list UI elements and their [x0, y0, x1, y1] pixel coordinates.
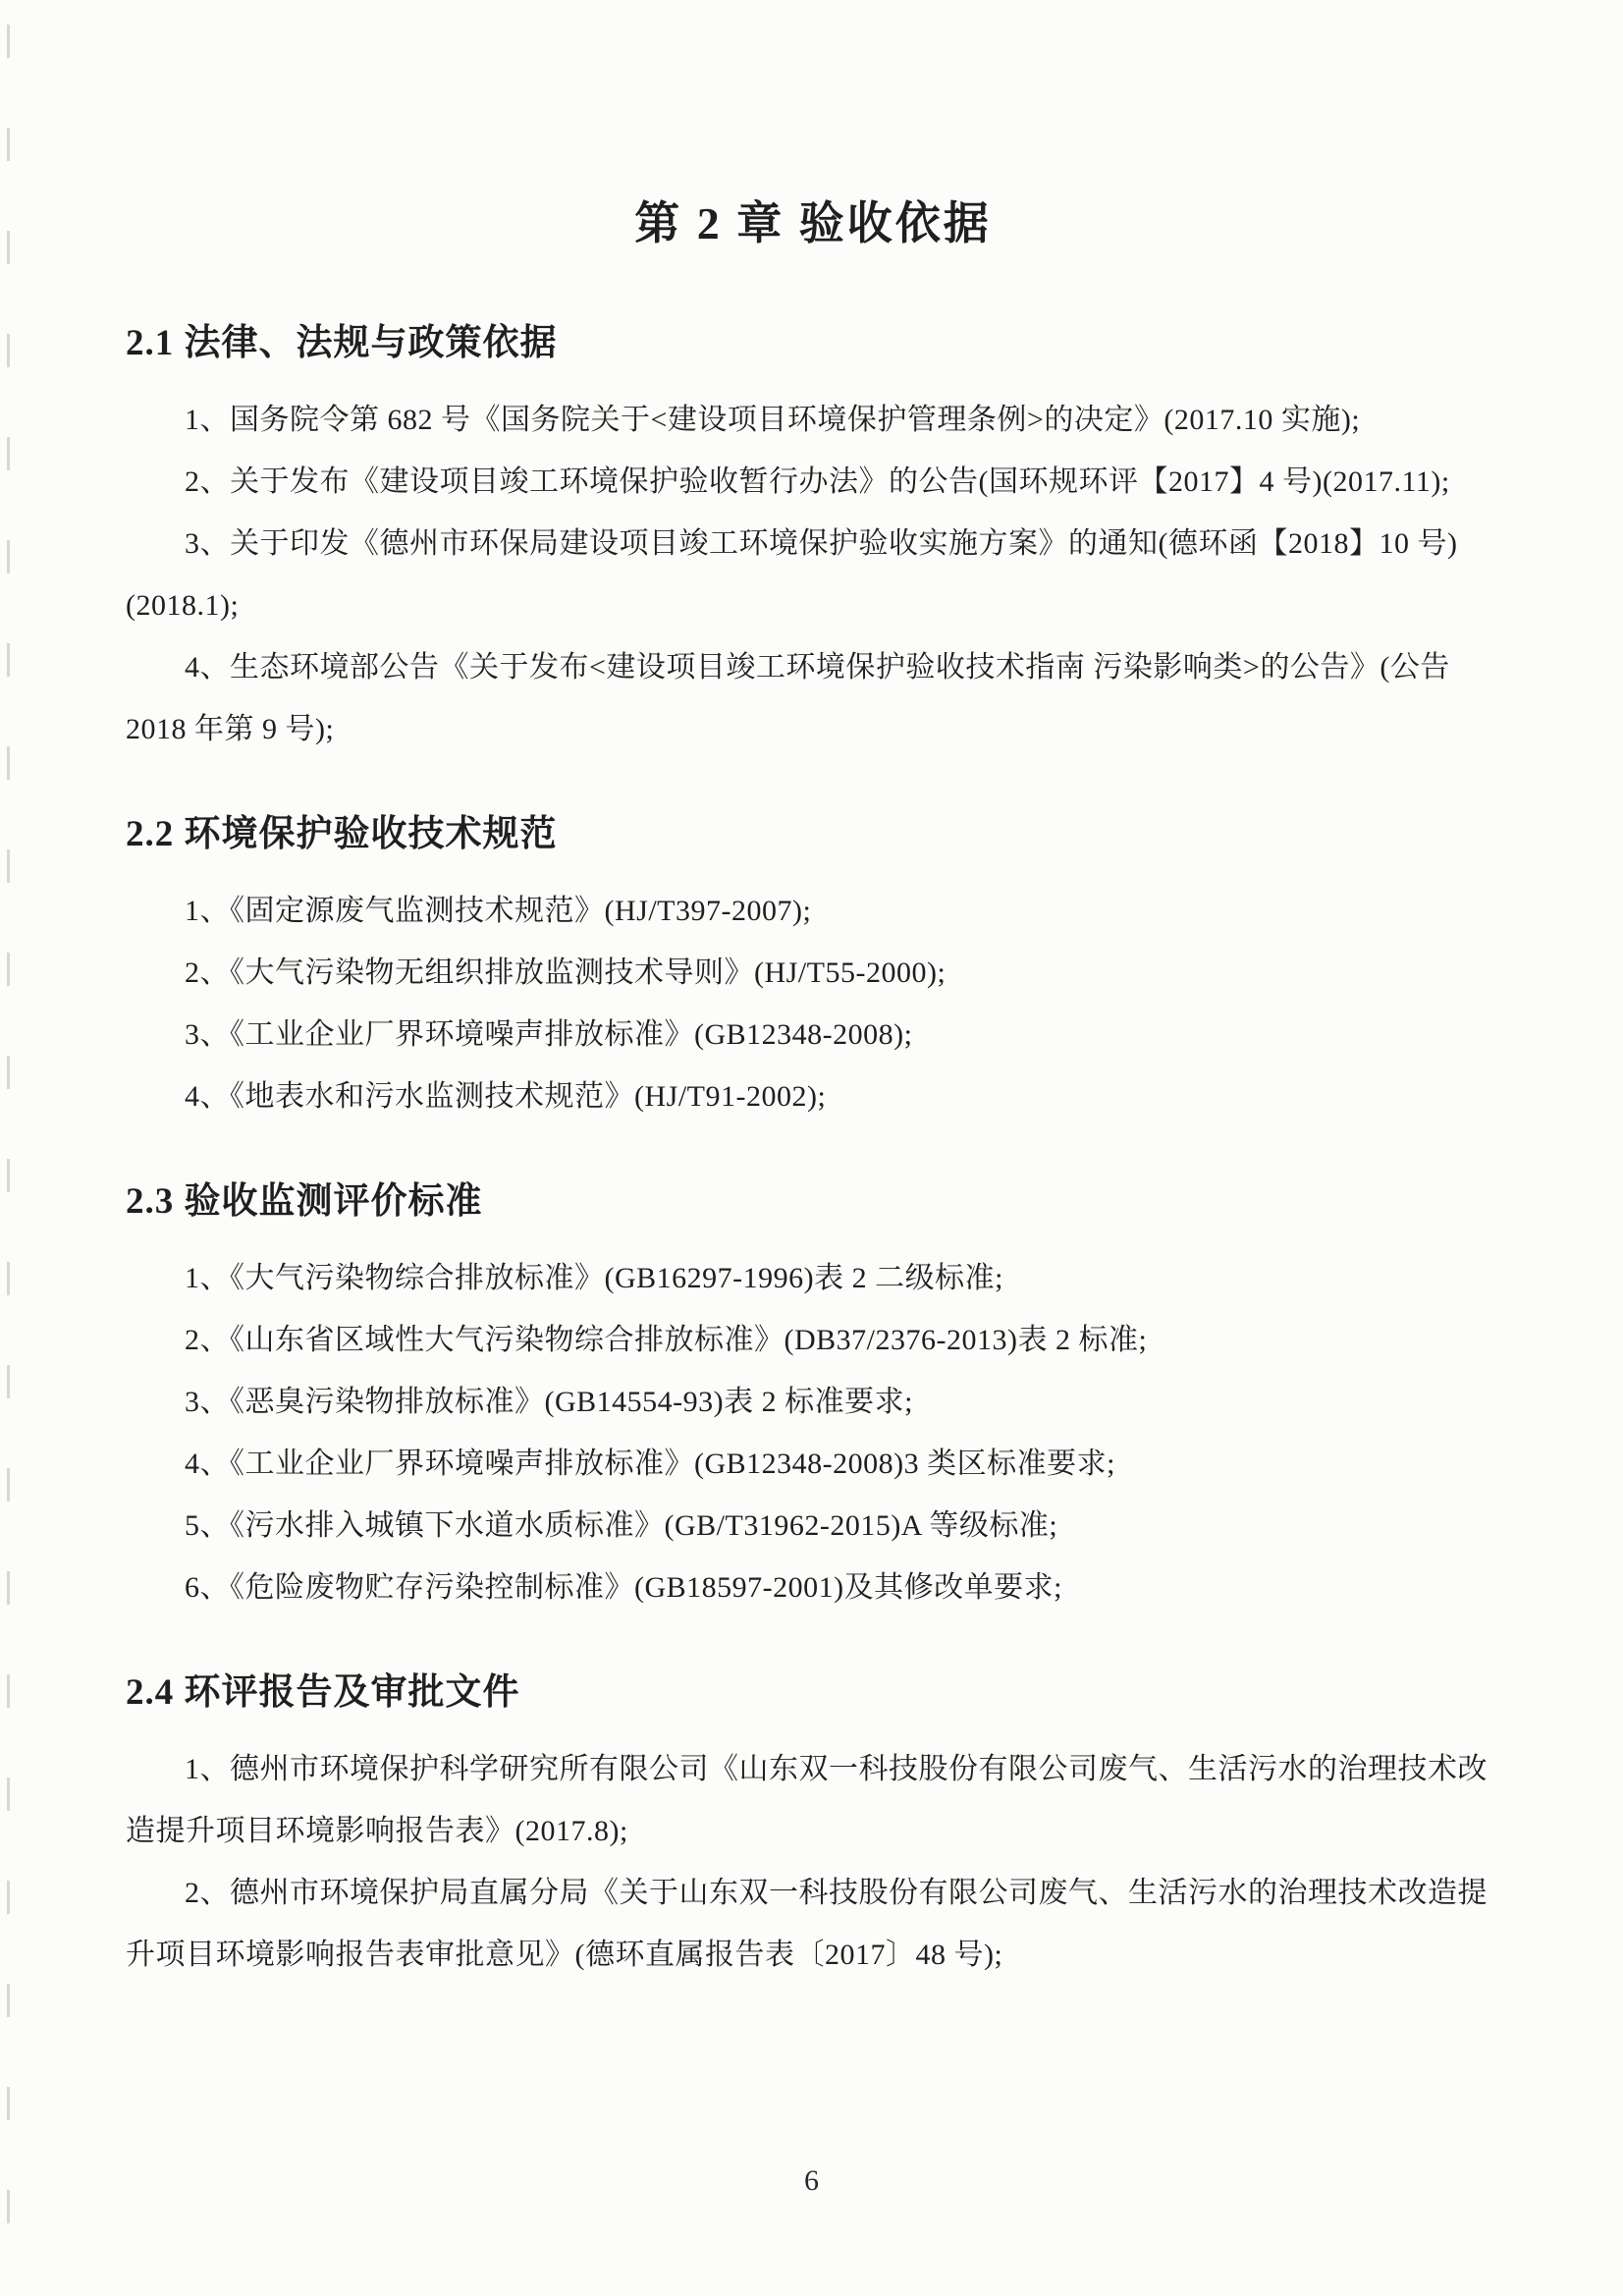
- section-heading-2-1: 2.1 法律、法规与政策依据: [126, 318, 1500, 369]
- list-item: 4、《工业企业厂界环境噪声排放标准》(GB12348-2008)3 类区标准要求…: [126, 1433, 1500, 1495]
- list-item: 3、关于印发《德州市环保局建设项目竣工环境保护验收实施方案》的通知(德环函【20…: [126, 513, 1500, 636]
- section-technical-specifications: 2.2 环境保护验收技术规范 1、《固定源废气监测技术规范》(HJ/T397-2…: [126, 809, 1500, 1127]
- list-item: 6、《危险废物贮存污染控制标准》(GB18597-2001)及其修改单要求;: [126, 1557, 1500, 1618]
- list-item: 1、国务院令第 682 号《国务院关于<建设项目环境保护管理条例>的决定》(20…: [126, 389, 1500, 451]
- list-item: 4、生态环境部公告《关于发布<建设项目竣工环境保护验收技术指南 污染影响类>的公…: [126, 636, 1500, 760]
- list-item: 2、德州市环境保护局直属分局《关于山东双一科技股份有限公司废气、生活污水的治理技…: [126, 1862, 1500, 1986]
- scan-artifact-left-edge: [7, 25, 10, 2257]
- list-item: 4、《地表水和污水监测技术规范》(HJ/T91-2002);: [126, 1066, 1500, 1127]
- list-item: 1、德州市环境保护科学研究所有限公司《山东双一科技股份有限公司废气、生活污水的治…: [126, 1738, 1500, 1862]
- section-heading-2-3: 2.3 验收监测评价标准: [126, 1176, 1500, 1228]
- list-item: 2、关于发布《建设项目竣工环境保护验收暂行办法》的公告(国环规环评【2017】4…: [126, 451, 1500, 513]
- list-item: 3、《恶臭污染物排放标准》(GB14554-93)表 2 标准要求;: [126, 1371, 1500, 1433]
- section-heading-2-4: 2.4 环评报告及审批文件: [126, 1667, 1500, 1719]
- section-legal-policy-basis: 2.1 法律、法规与政策依据 1、国务院令第 682 号《国务院关于<建设项目环…: [126, 318, 1500, 760]
- list-item: 2、《山东省区域性大气污染物综合排放标准》(DB37/2376-2013)表 2…: [126, 1309, 1500, 1371]
- page-number: 6: [804, 2164, 819, 2197]
- document-page: 第 2 章 验收依据 2.1 法律、法规与政策依据 1、国务院令第 682 号《…: [0, 0, 1623, 2296]
- page-footer: 6: [0, 2164, 1623, 2198]
- section-eia-report-approval-documents: 2.4 环评报告及审批文件 1、德州市环境保护科学研究所有限公司《山东双一科技股…: [126, 1667, 1500, 1986]
- list-item: 1、《固定源废气监测技术规范》(HJ/T397-2007);: [126, 880, 1500, 942]
- list-item: 5、《污水排入城镇下水道水质标准》(GB/T31962-2015)A 等级标准;: [126, 1495, 1500, 1557]
- section-monitoring-evaluation-standards: 2.3 验收监测评价标准 1、《大气污染物综合排放标准》(GB16297-199…: [126, 1176, 1500, 1618]
- list-item: 1、《大气污染物综合排放标准》(GB16297-1996)表 2 二级标准;: [126, 1247, 1500, 1309]
- section-heading-2-2: 2.2 环境保护验收技术规范: [126, 809, 1500, 860]
- list-item: 2、《大气污染物无组织排放监测技术导则》(HJ/T55-2000);: [126, 942, 1500, 1004]
- list-item: 3、《工业企业厂界环境噪声排放标准》(GB12348-2008);: [126, 1004, 1500, 1066]
- chapter-title: 第 2 章 验收依据: [126, 196, 1500, 251]
